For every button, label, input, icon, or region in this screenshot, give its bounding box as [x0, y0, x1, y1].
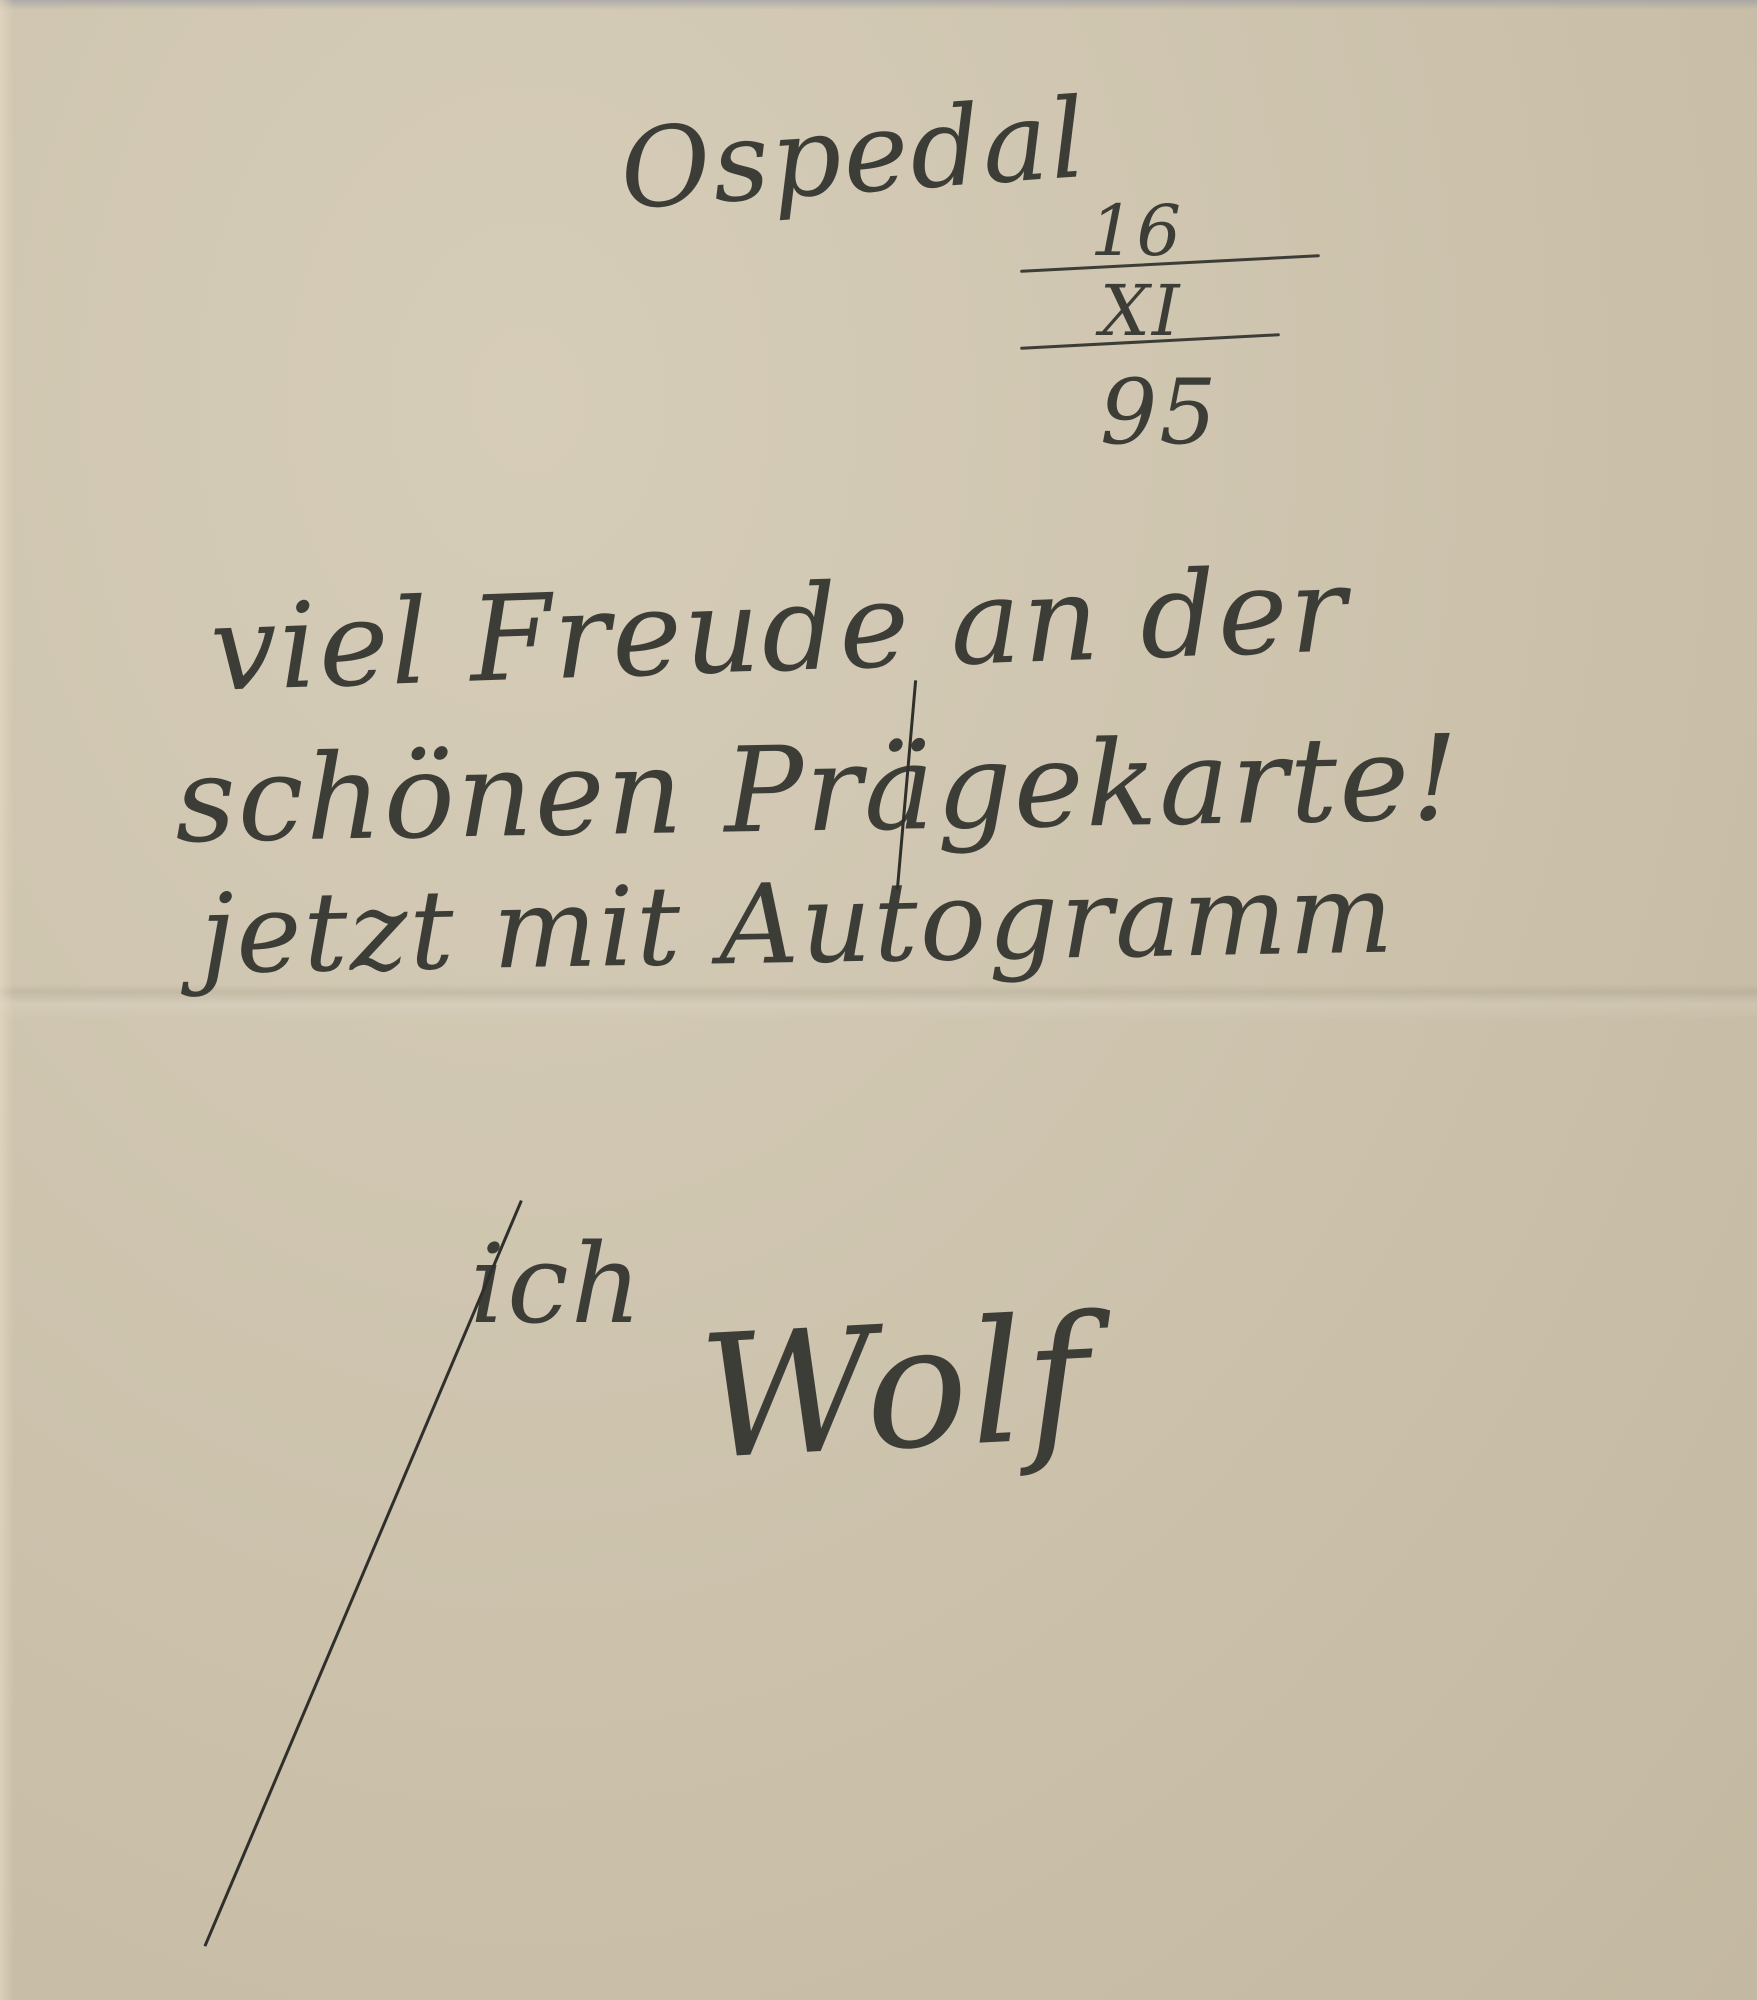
- date-day: 16: [1090, 190, 1183, 272]
- body-line-2: schönen Prägekarte!: [174, 709, 1462, 869]
- paper-sheet: [0, 0, 1757, 2000]
- date-year: 95: [1100, 360, 1219, 465]
- closing-text: ich: [470, 1220, 644, 1348]
- paper-top-edge: [0, 0, 1757, 10]
- signature: Wolf: [695, 1280, 1096, 1498]
- paper-left-edge: [0, 0, 14, 2000]
- body-line-3: jetzt mit Autogramm: [199, 850, 1396, 999]
